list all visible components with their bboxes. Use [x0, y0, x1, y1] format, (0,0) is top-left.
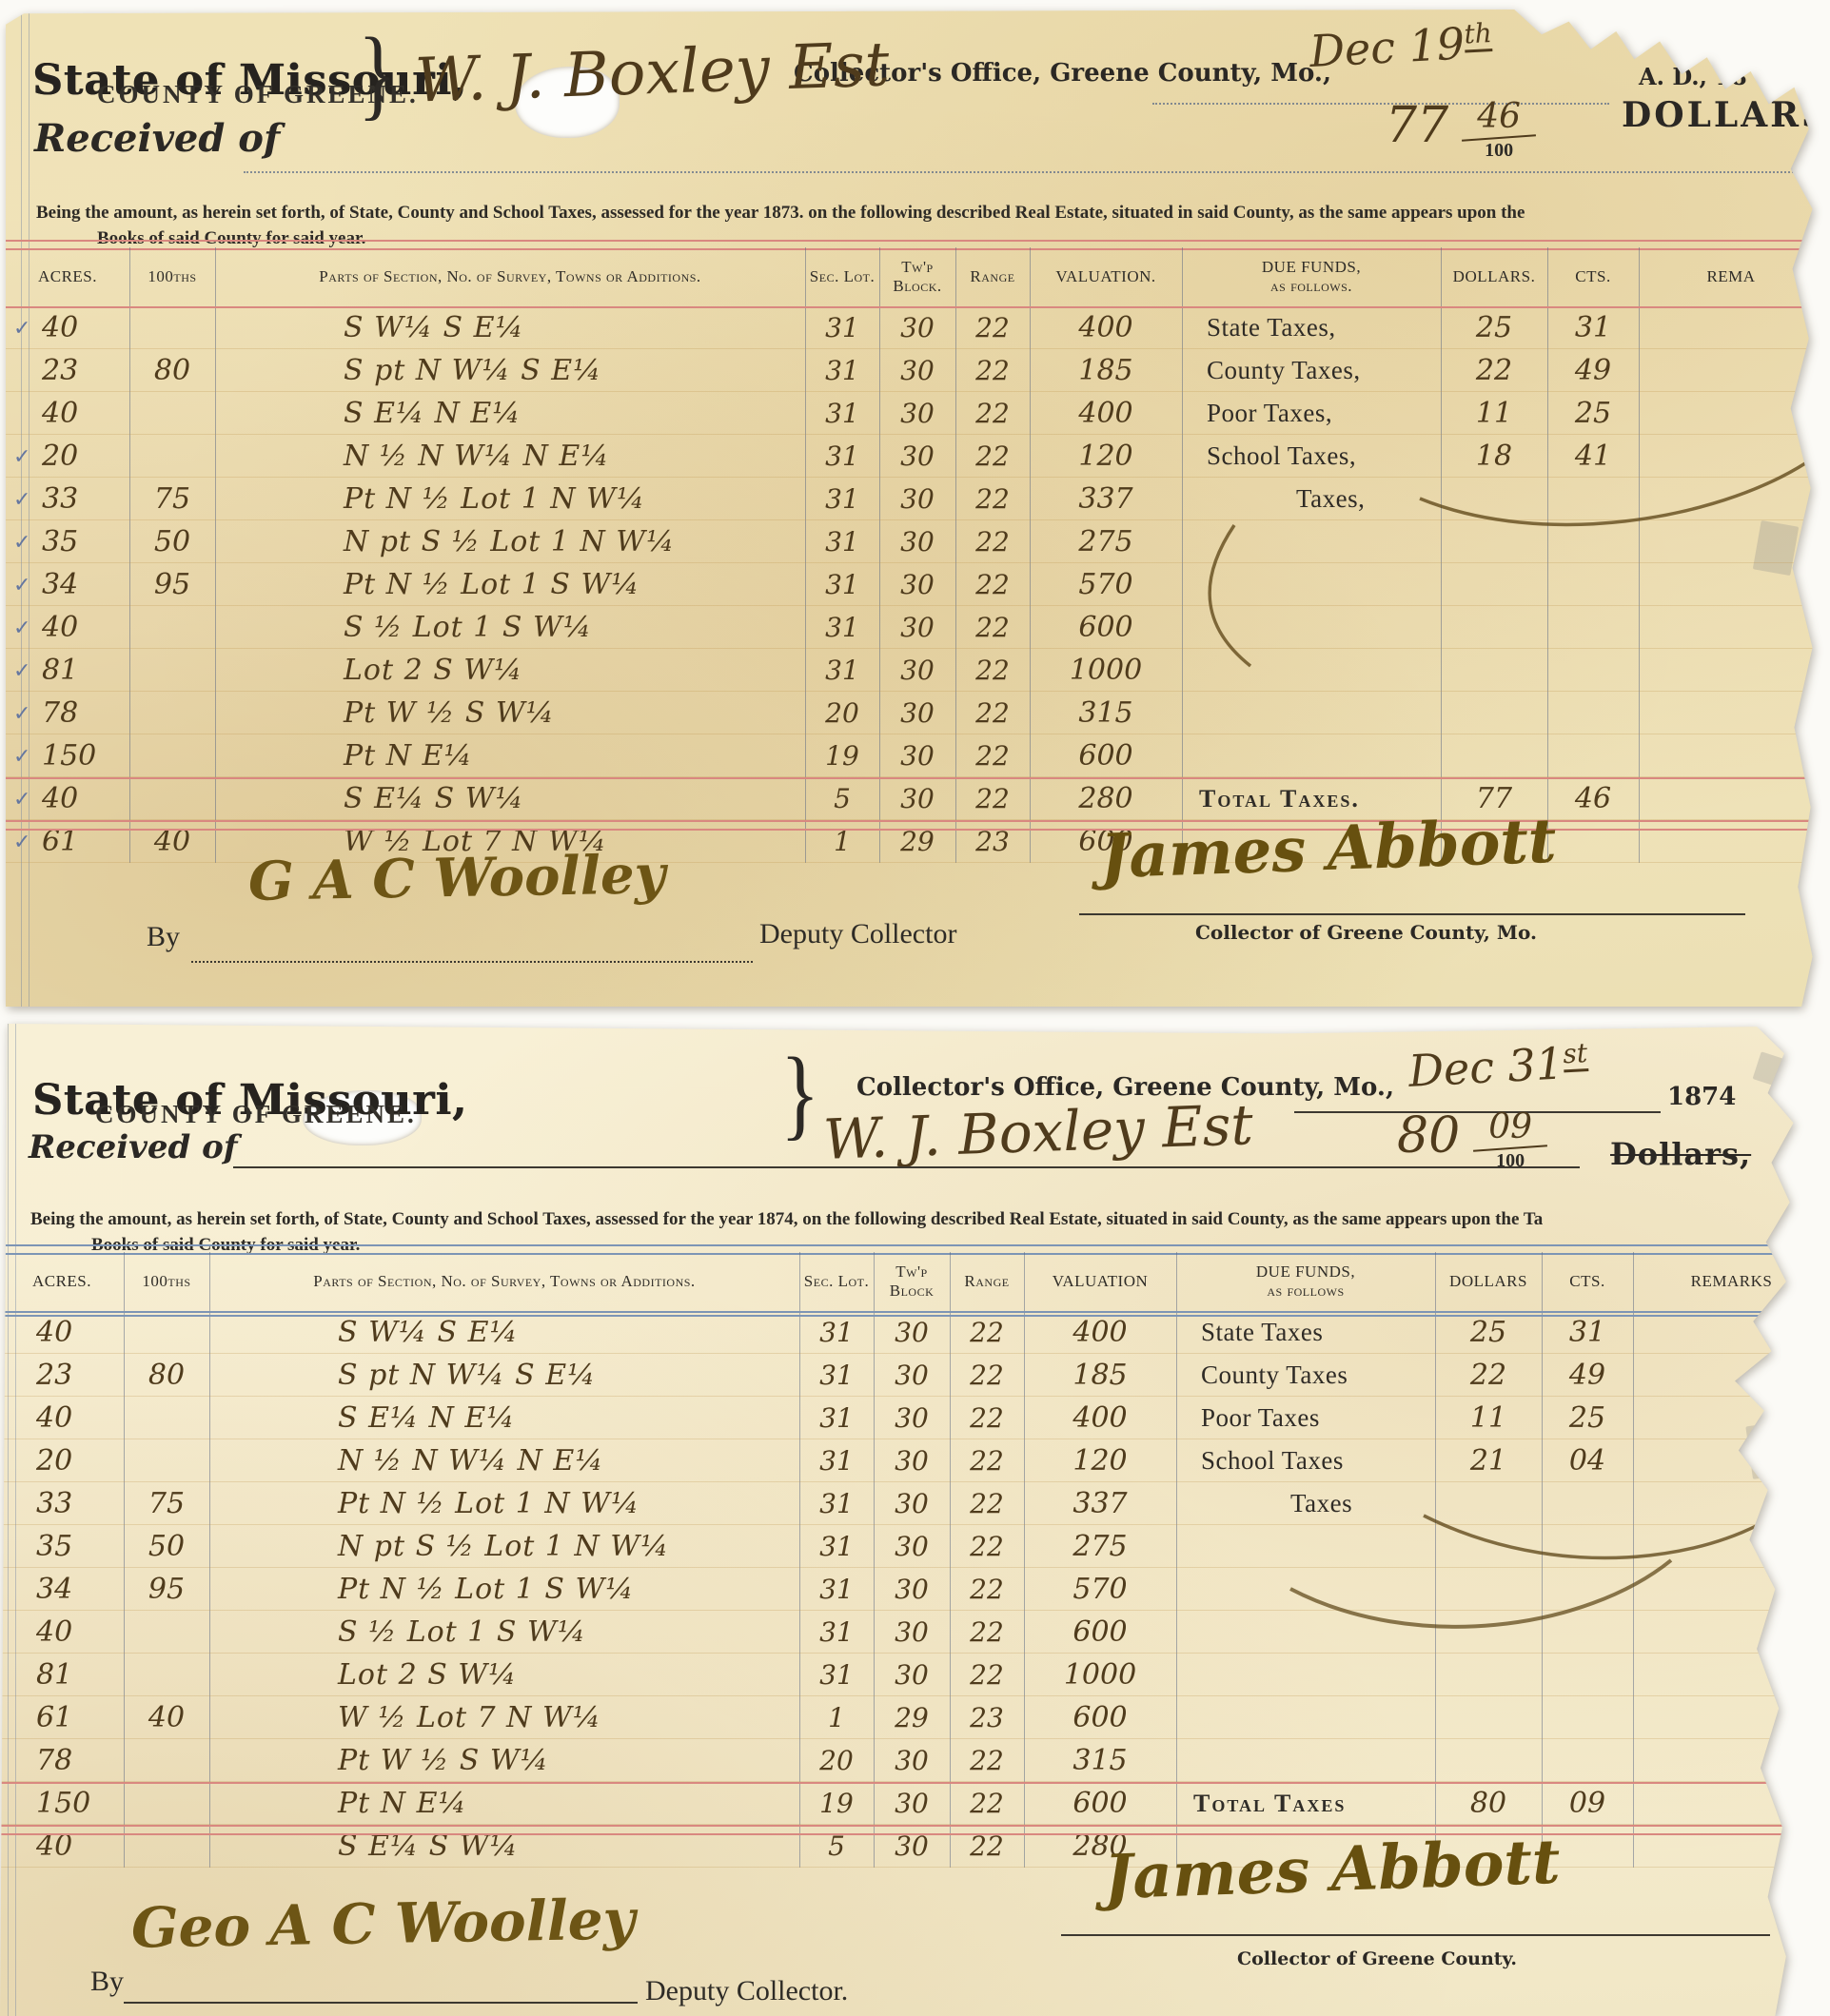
valuation-cell: 315: [1024, 1744, 1176, 1777]
acres-cell: 40: [6, 397, 129, 430]
handwritten-amount: 77 46 100: [1386, 97, 1536, 162]
tax-receipt-1873: State of Missouri, COUNTY OF GREENE. } C…: [6, 10, 1823, 1007]
brace-glyph: }: [358, 13, 397, 132]
deputy-signature-rule: [191, 961, 753, 963]
range-cell: 22: [955, 483, 1030, 515]
section-cell: 31: [799, 1360, 874, 1391]
header-parts: Parts of Section, No. of Survey, Towns o…: [209, 1272, 799, 1291]
hundredths-cell: 95: [124, 1573, 209, 1606]
deputy-title: Deputy Collector.: [645, 1975, 848, 2007]
hundredths-cell: 80: [129, 354, 215, 387]
header-hundredths: 100ths: [124, 1272, 209, 1291]
hundredths-cell: 50: [124, 1530, 209, 1563]
description-cell: S E¼ S W¼: [215, 782, 805, 815]
body-text-line1: Being the amount, as herein set forth, o…: [30, 1209, 1543, 1230]
township-cell: 30: [879, 655, 955, 686]
handwritten-amount: 80 09 100: [1397, 1107, 1547, 1172]
fraction-denominator: 100: [1485, 140, 1513, 162]
amount-dollars: 80: [1397, 1107, 1460, 1165]
section-cell: 31: [799, 1488, 874, 1519]
deputy-signature-rule: [124, 2002, 638, 2004]
section-cell: 31: [805, 655, 879, 686]
township-cell: 30: [879, 740, 955, 772]
range-cell: 22: [950, 1659, 1024, 1691]
township-cell: 29: [874, 1702, 950, 1733]
valuation-cell: 185: [1030, 354, 1182, 387]
signature-rule: [1061, 1934, 1770, 1936]
header-due-funds: DUE FUNDS, as follows.: [1182, 258, 1441, 295]
handwritten-date: Dec 19th: [1309, 16, 1494, 77]
total-taxes-label: Total Taxes.: [1182, 785, 1441, 813]
township-cell: 30: [879, 569, 955, 600]
header-parts: Parts of Section, No. of Survey, Towns o…: [215, 267, 805, 286]
valuation-cell: 600: [1024, 1615, 1176, 1649]
ad-year-label: A. D., 18: [1639, 63, 1747, 90]
section-cell: 31: [805, 569, 879, 600]
header-cts: CTS.: [1542, 1272, 1633, 1291]
checkmark: ✓: [13, 658, 32, 683]
description-cell: Lot 2 S W¼: [215, 654, 805, 687]
range-cell: 22: [950, 1531, 1024, 1562]
description-cell: Pt N ½ Lot 1 S W¼: [215, 568, 805, 601]
township-cell: 30: [874, 1745, 950, 1776]
section-cell: 31: [799, 1402, 874, 1434]
valuation-cell: 1000: [1024, 1658, 1176, 1692]
description-cell: S E¼ N E¼: [209, 1401, 799, 1435]
description-cell: Pt N E¼: [215, 739, 805, 773]
valuation-cell: 315: [1030, 696, 1182, 730]
header-dollars: DOLLARS.: [1441, 267, 1547, 286]
description-cell: Pt W ½ S W¼: [215, 696, 805, 730]
checkmark: ✓: [13, 744, 32, 769]
description-cell: S pt N W¼ S E¼: [209, 1359, 799, 1392]
payer-signature: W. J. Boxley Est: [822, 1092, 1254, 1172]
county-heading: COUNTY OF GREENE.: [95, 1100, 417, 1129]
acres-cell: ✓34: [6, 568, 129, 601]
acres-cell: ✓40: [6, 311, 129, 344]
valuation-cell: 600: [1024, 1701, 1176, 1734]
range-cell: 22: [950, 1574, 1024, 1605]
header-sec-lot: Sec. Lot.: [805, 267, 879, 286]
header-sec-lot: Sec. Lot.: [799, 1272, 874, 1291]
section-cell: 19: [799, 1788, 874, 1819]
amount-cents: 46: [1477, 97, 1521, 136]
checkmark: ✓: [13, 444, 32, 469]
header-valuation: VALUATION: [1024, 1272, 1176, 1291]
range-cell: 22: [955, 740, 1030, 772]
range-cell: 22: [955, 398, 1030, 429]
range-cell: 22: [950, 1317, 1024, 1348]
header-hundredths: 100ths: [129, 267, 215, 286]
header-dollars: DOLLARS: [1435, 1272, 1542, 1291]
checkmark: ✓: [13, 487, 32, 512]
checkmark: ✓: [13, 530, 32, 555]
acres-cell: ✓78: [6, 696, 129, 730]
valuation-cell: 400: [1024, 1401, 1176, 1435]
description-cell: Lot 2 S W¼: [209, 1658, 799, 1692]
date-rule: [1152, 103, 1609, 105]
checkmark: ✓: [13, 616, 32, 640]
tax-table: ACRES. 100ths Parts of Section, No. of S…: [6, 247, 1823, 863]
hundredths-cell: 75: [124, 1487, 209, 1520]
tape-mark: [1753, 1051, 1805, 1092]
acres-cell: 78: [0, 1744, 124, 1777]
date-main: Dec 19: [1309, 18, 1466, 77]
acres-cell: 34: [0, 1573, 124, 1606]
tax-receipt-1874: State of Missouri, COUNTY OF GREENE. } C…: [0, 1024, 1830, 2016]
amount-cents: 09: [1488, 1107, 1532, 1146]
description-cell: N ½ N W¼ N E¼: [209, 1444, 799, 1478]
valuation-cell: 337: [1024, 1487, 1176, 1520]
description-cell: Pt N ½ Lot 1 N W¼: [209, 1487, 799, 1520]
valuation-cell: 185: [1024, 1359, 1176, 1392]
tax-table: ACRES. 100ths Parts of Section, No. of S…: [0, 1252, 1830, 1868]
section-cell: 31: [805, 312, 879, 343]
header-twp-block: Tw'p Block.: [879, 258, 955, 295]
township-cell: 30: [879, 783, 955, 814]
deputy-title: Deputy Collector: [759, 918, 956, 950]
header-valuation: VALUATION.: [1030, 267, 1182, 286]
header-twp-block: Tw'p Block: [874, 1262, 950, 1300]
acres-cell: 20: [0, 1444, 124, 1478]
section-cell: 31: [805, 483, 879, 515]
township-cell: 30: [879, 398, 955, 429]
acres-cell: ✓33: [6, 482, 129, 516]
section-cell: 31: [805, 398, 879, 429]
handwritten-date: Dec 31st: [1407, 1036, 1589, 1097]
date-main: Dec 31: [1407, 1037, 1565, 1096]
township-cell: 30: [874, 1402, 950, 1434]
deputy-signature: G A C Woolley: [247, 843, 665, 913]
acres-cell: ✓35: [6, 525, 129, 558]
section-cell: 31: [799, 1574, 874, 1605]
section-cell: 31: [805, 355, 879, 386]
description-cell: N pt S ½ Lot 1 N W¼: [209, 1530, 799, 1563]
table-header: ACRES. 100ths Parts of Section, No. of S…: [6, 247, 1823, 308]
township-cell: 30: [874, 1360, 950, 1391]
section-cell: 19: [805, 740, 879, 772]
dollars-label: DOLLARS: [1622, 95, 1829, 135]
payer-rule: [244, 171, 1823, 173]
description-cell: Pt N ½ Lot 1 S W¼: [209, 1573, 799, 1606]
header-range: Range: [955, 267, 1030, 286]
checkmark: ✓: [13, 787, 32, 812]
header-remarks: REMA: [1639, 267, 1823, 286]
total-taxes-row: Total Taxes 80 09: [1176, 1782, 1830, 1825]
acres-cell: ✓81: [6, 654, 129, 687]
fraction-denominator: 100: [1496, 1150, 1525, 1172]
range-cell: 22: [955, 655, 1030, 686]
section-cell: 1: [799, 1702, 874, 1733]
amount-fraction: 46 100: [1462, 97, 1536, 162]
valuation-cell: 570: [1030, 568, 1182, 601]
amount-fraction: 09 100: [1473, 1107, 1547, 1172]
acres-cell: 23: [0, 1359, 124, 1392]
acres-cell: 81: [0, 1658, 124, 1692]
dollars-label: Dollars,: [1610, 1136, 1751, 1172]
valuation-cell: 337: [1030, 482, 1182, 516]
collector-signature: James Abbott: [1103, 1827, 1562, 1914]
amount-dollars: 77: [1386, 97, 1448, 154]
description-cell: N ½ N W¼ N E¼: [215, 440, 805, 473]
description-cell: S ½ Lot 1 S W¼: [215, 611, 805, 644]
printed-year: 1874: [1667, 1083, 1736, 1111]
acres-cell: 23: [6, 354, 129, 387]
total-cents: 09: [1542, 1787, 1633, 1820]
payer-rule: [233, 1166, 1580, 1168]
township-cell: 30: [879, 697, 955, 729]
checkmark: ✓: [13, 573, 32, 597]
township-cell: 30: [874, 1531, 950, 1562]
acres-cell: ✓150: [6, 739, 129, 773]
range-cell: 22: [950, 1745, 1024, 1776]
section-cell: 31: [805, 440, 879, 472]
township-cell: 30: [874, 1317, 950, 1348]
valuation-cell: 400: [1030, 397, 1182, 430]
checkmark: ✓: [13, 830, 32, 854]
description-cell: N pt S ½ Lot 1 N W¼: [215, 525, 805, 558]
description-cell: S ½ Lot 1 S W¼: [209, 1615, 799, 1649]
header-acres: ACRES.: [6, 267, 129, 286]
range-cell: 22: [955, 526, 1030, 558]
section-cell: 31: [799, 1317, 874, 1348]
collector-title: Collector of Greene County.: [1237, 1948, 1517, 1969]
collector-title: Collector of Greene County, Mo.: [1195, 921, 1537, 944]
hundredths-cell: 75: [129, 482, 215, 516]
description-cell: Pt N ½ Lot 1 N W¼: [215, 482, 805, 516]
valuation-cell: 120: [1024, 1444, 1176, 1478]
description-cell: Pt W ½ S W¼: [209, 1744, 799, 1777]
description-cell: S W¼ S E¼: [209, 1316, 799, 1349]
section-cell: 31: [805, 612, 879, 643]
township-cell: 30: [879, 526, 955, 558]
section-cell: 31: [799, 1445, 874, 1477]
checkmark: ✓: [13, 701, 32, 726]
section-cell: 20: [799, 1745, 874, 1776]
brace-glyph: }: [780, 1033, 819, 1152]
acres-cell: ✓20: [6, 440, 129, 473]
valuation-cell: 600: [1024, 1787, 1176, 1820]
range-cell: 22: [955, 440, 1030, 472]
acres-cell: 61: [0, 1701, 124, 1734]
valuation-cell: 400: [1030, 311, 1182, 344]
header-due-funds-line2: as follows: [1267, 1282, 1344, 1300]
range-cell: 22: [950, 1488, 1024, 1519]
section-cell: 31: [805, 526, 879, 558]
description-cell: S E¼ N E¼: [215, 397, 805, 430]
date-ordinal: th: [1464, 17, 1493, 52]
township-cell: 30: [874, 1659, 950, 1691]
valuation-cell: 280: [1030, 782, 1182, 815]
collector-signature: James Abbott: [1099, 806, 1558, 893]
header-remarks: REMARKS: [1633, 1272, 1830, 1291]
acres-cell: 35: [0, 1530, 124, 1563]
description-cell: S W¼ S E¼: [215, 311, 805, 344]
receipt-1873-wrapper: State of Missouri, COUNTY OF GREENE. } C…: [6, 10, 1823, 1007]
township-cell: 30: [879, 612, 955, 643]
range-cell: 22: [955, 612, 1030, 643]
header-due-funds-line1: DUE FUNDS,: [1262, 258, 1361, 276]
checkmark: ✓: [13, 316, 32, 341]
hundredths-cell: 50: [129, 525, 215, 558]
township-cell: 30: [874, 1574, 950, 1605]
description-cell: S pt N W¼ S E¼: [215, 354, 805, 387]
deputy-signature: Geo A C Woolley: [130, 1887, 635, 1960]
valuation-cell: 1000: [1030, 654, 1182, 687]
hundredths-cell: 80: [124, 1359, 209, 1392]
township-cell: 30: [874, 1488, 950, 1519]
table-header: ACRES. 100ths Parts of Section, No. of S…: [0, 1252, 1830, 1317]
body-text-line1: Being the amount, as herein set forth, o…: [36, 203, 1525, 224]
valuation-cell: 120: [1030, 440, 1182, 473]
section-cell: 20: [805, 697, 879, 729]
township-cell: 30: [879, 312, 955, 343]
section-cell: 31: [799, 1531, 874, 1562]
description-cell: W ½ Lot 7 N W¼: [209, 1701, 799, 1734]
township-cell: 30: [879, 440, 955, 472]
section-cell: 31: [799, 1659, 874, 1691]
total-dollars: 80: [1435, 1787, 1542, 1820]
section-cell: 5: [805, 783, 879, 814]
acres-cell: 40: [0, 1401, 124, 1435]
by-label: By: [90, 1966, 124, 1998]
hundredths-cell: 40: [124, 1701, 209, 1734]
range-cell: 22: [955, 355, 1030, 386]
township-cell: 30: [874, 1616, 950, 1648]
valuation-cell: 600: [1030, 611, 1182, 644]
payer-signature: W. J. Boxley Est: [414, 29, 891, 116]
range-cell: 22: [950, 1402, 1024, 1434]
total-cents: 46: [1547, 782, 1639, 815]
header-due-funds-line1: DUE FUNDS,: [1256, 1262, 1355, 1281]
received-of-label: Received of: [29, 1128, 237, 1166]
date-ordinal: st: [1563, 1037, 1588, 1072]
acres-cell: 40: [0, 1316, 124, 1349]
township-cell: 30: [874, 1788, 950, 1819]
acres-cell: ✓40: [6, 611, 129, 644]
valuation-cell: 275: [1030, 525, 1182, 558]
range-cell: 22: [950, 1616, 1024, 1648]
range-cell: 22: [955, 569, 1030, 600]
acres-cell: 33: [0, 1487, 124, 1520]
acres-cell: 150: [0, 1787, 124, 1820]
hundredths-cell: 95: [129, 568, 215, 601]
township-cell: 30: [874, 1445, 950, 1477]
valuation-cell: 570: [1024, 1573, 1176, 1606]
section-cell: 31: [799, 1616, 874, 1648]
township-cell: 30: [879, 355, 955, 386]
range-cell: 22: [950, 1445, 1024, 1477]
description-cell: Pt N E¼: [209, 1787, 799, 1820]
township-cell: 30: [879, 483, 955, 515]
range-cell: 22: [950, 1360, 1024, 1391]
range-cell: 22: [955, 783, 1030, 814]
header-acres: ACRES.: [0, 1272, 124, 1291]
header-cts: CTS.: [1547, 267, 1639, 286]
acres-cell: ✓40: [6, 782, 129, 815]
header-range: Range: [950, 1272, 1024, 1291]
valuation-cell: 275: [1024, 1530, 1176, 1563]
range-cell: 23: [950, 1702, 1024, 1733]
signature-rule: [1079, 913, 1745, 915]
by-label: By: [147, 921, 180, 953]
header-due-funds: DUE FUNDS, as follows: [1176, 1262, 1435, 1300]
range-cell: 22: [955, 697, 1030, 729]
valuation-cell: 400: [1024, 1316, 1176, 1349]
received-of-label: Received of: [34, 116, 280, 161]
header-due-funds-line2: as follows.: [1270, 277, 1352, 295]
total-taxes-label: Total Taxes: [1176, 1790, 1435, 1818]
acres-cell: 40: [0, 1615, 124, 1649]
receipt-1874-wrapper: State of Missouri, COUNTY OF GREENE. } C…: [0, 1024, 1830, 2016]
range-cell: 22: [950, 1788, 1024, 1819]
range-cell: 22: [955, 312, 1030, 343]
valuation-cell: 600: [1030, 739, 1182, 773]
